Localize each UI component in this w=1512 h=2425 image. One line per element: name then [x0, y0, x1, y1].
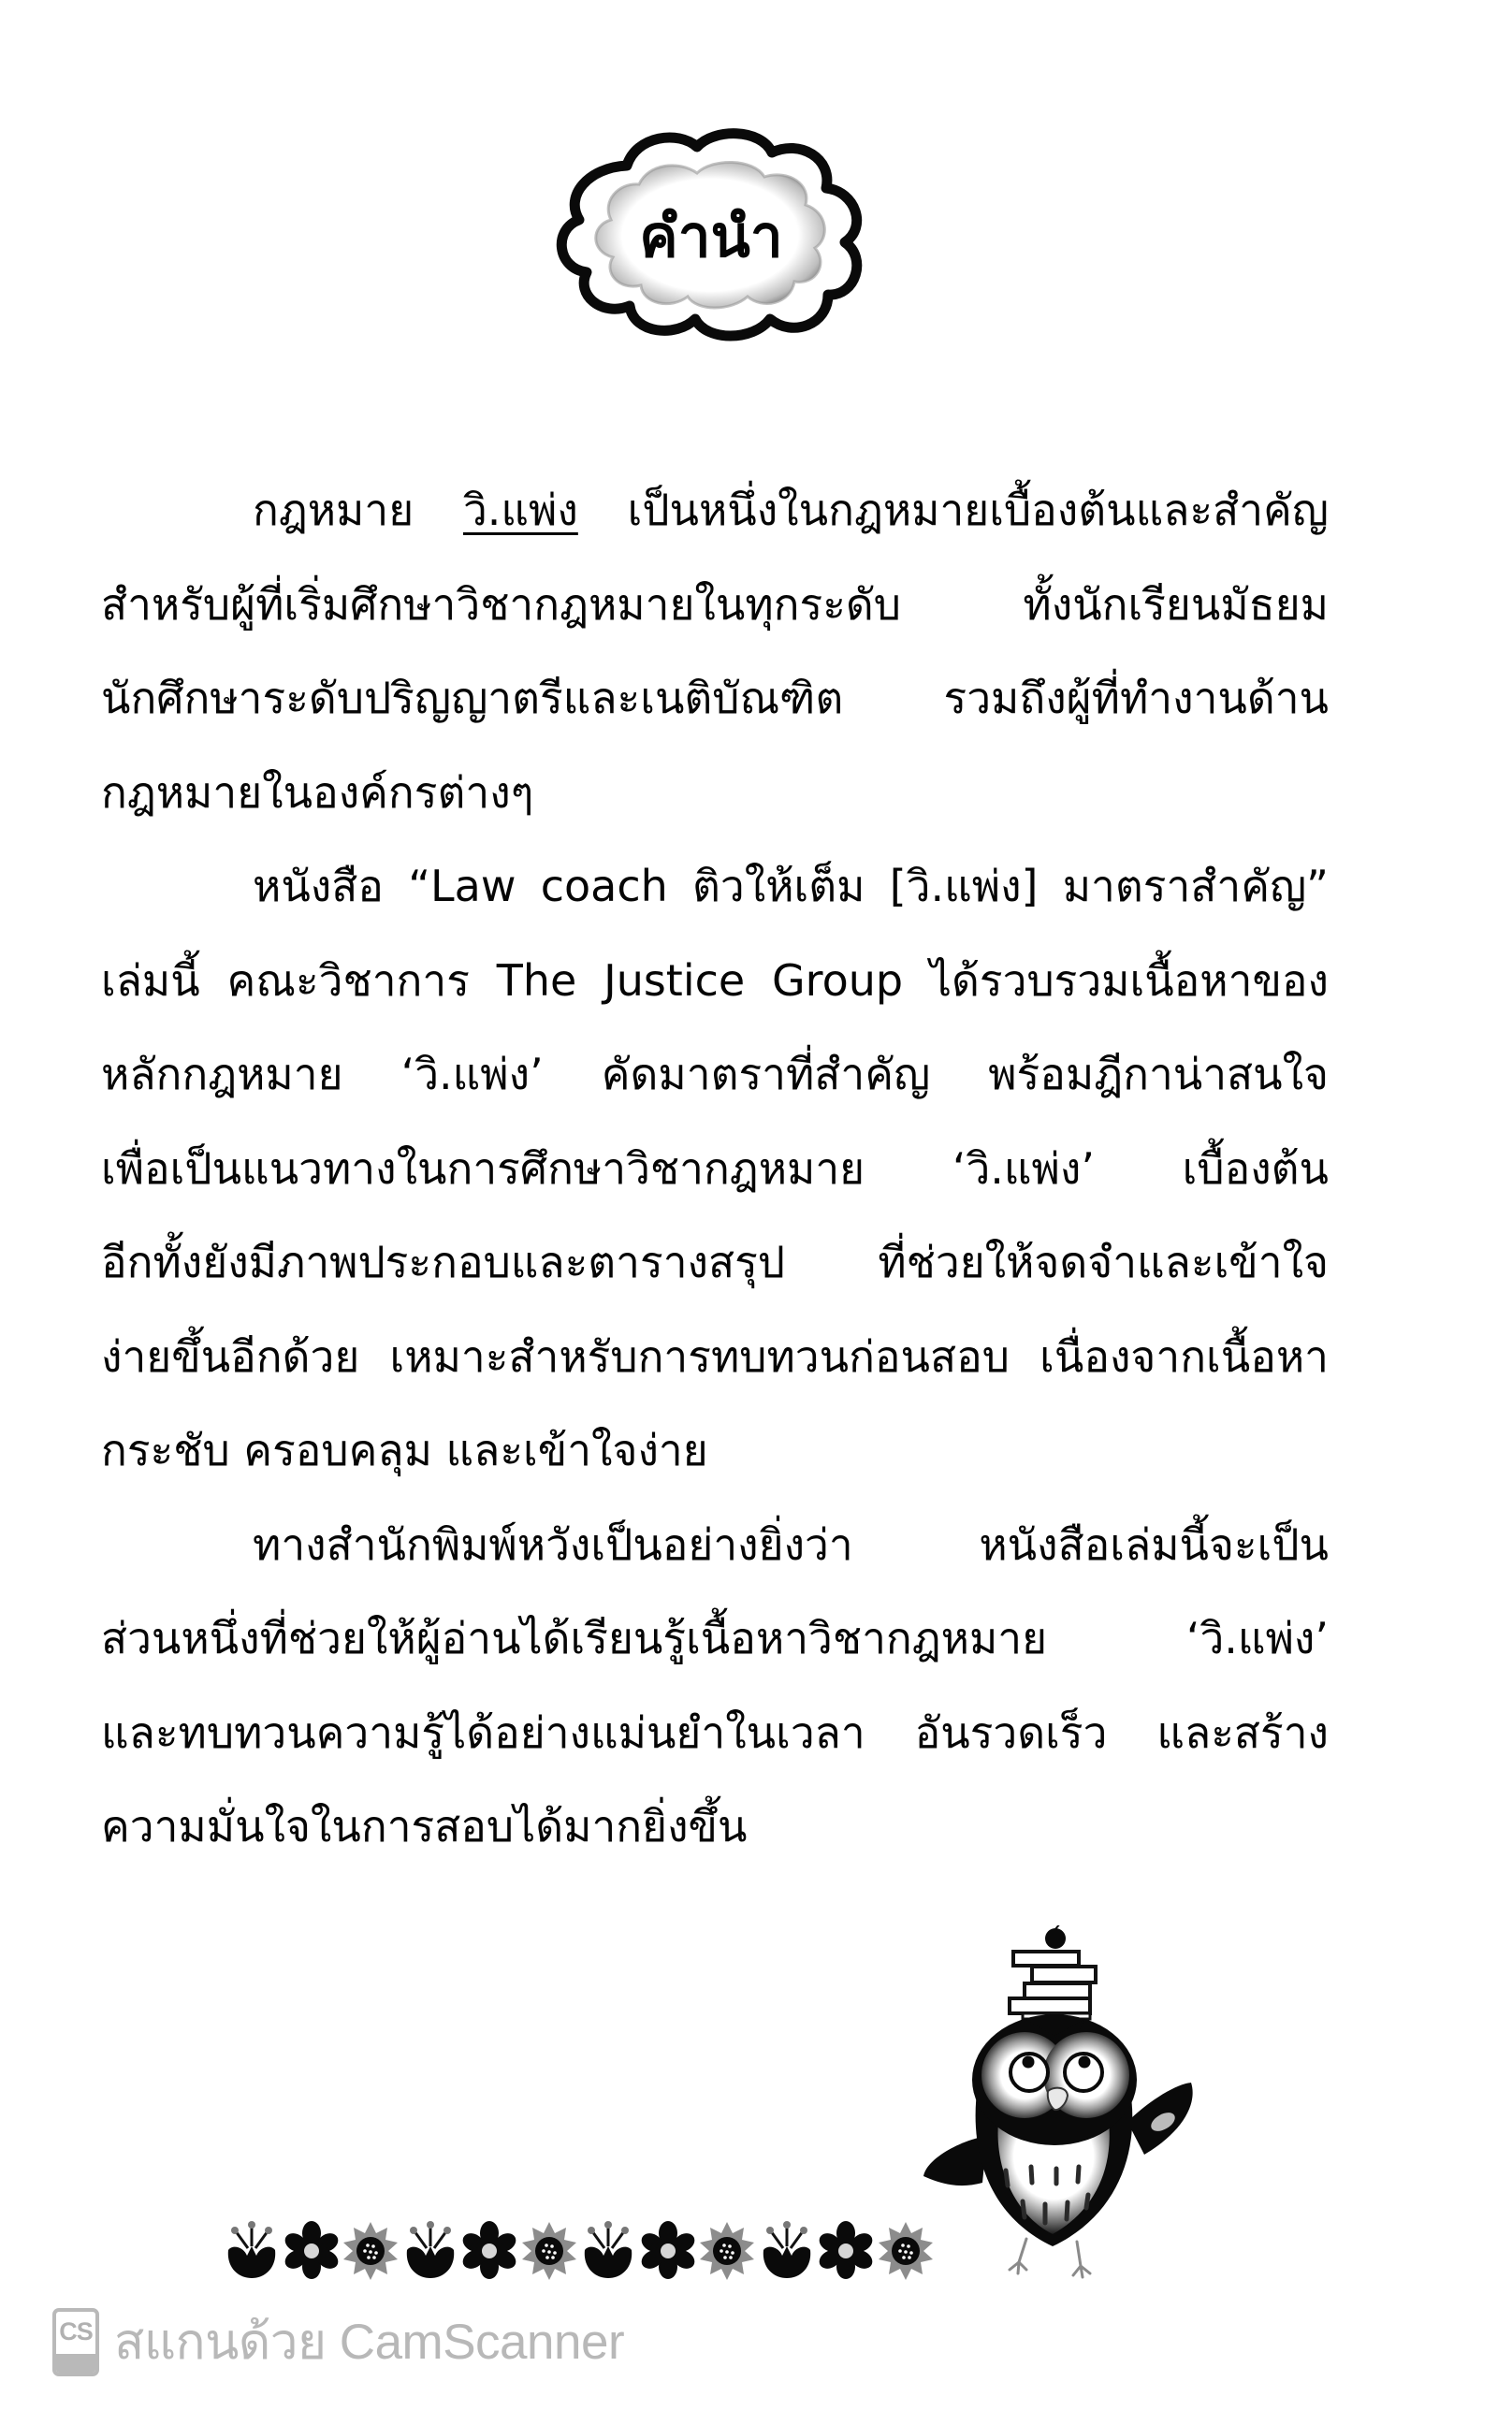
paragraph-2-line-5: อีกทั้งยังมีภาพประกอบและตารางสรุป ที่ช่ว…: [101, 1215, 1329, 1310]
watermark-text: สแกนด้วย CamScanner: [114, 2302, 624, 2381]
preface-body: กฎหมาย วิ.แพ่ง เป็นหนึ่งในกฎหมายเบื้องต้…: [101, 463, 1329, 1874]
document-page: คำนำ กฎหมาย วิ.แพ่ง เป็นหนึ่งในกฎหมายเบื…: [0, 0, 1512, 2425]
paragraph-2-line-6: ง่ายขึ้นอีกด้วย เหมาะสำหรับการทบทวนก่อนส…: [101, 1310, 1329, 1404]
text-segment: เป็นหนึ่งในกฎหมายเบื้องต้นและสำคัญ: [578, 485, 1329, 535]
flower-border: [223, 2213, 943, 2287]
paragraph-3-line-1: ทางสำนักพิมพ์หวังเป็นอย่างยิ่งว่า หนังสื…: [101, 1498, 1329, 1592]
owl-with-books-icon: [912, 1925, 1193, 2290]
paragraph-2-line-4: เพื่อเป็นแนวทางในการศึกษาวิชากฎหมาย ‘วิ.…: [101, 1122, 1329, 1216]
paragraph-1-line-3: นักศึกษาระดับปริญญาตรีและเนติบัณฑิต รวมถ…: [101, 651, 1329, 746]
sunflower-icon: [342, 2218, 400, 2282]
sunflower-icon: [520, 2218, 578, 2282]
paragraph-2-line-2: เล่มนี้ คณะวิชาการ The Justice Group ได้…: [101, 934, 1329, 1028]
page-title: คำนำ: [547, 126, 875, 341]
tulip-icon: [579, 2218, 637, 2282]
tulip-icon: [401, 2218, 459, 2282]
tulip-icon: [758, 2218, 816, 2282]
daisy-icon: [639, 2218, 697, 2282]
camscanner-watermark: CS สแกนด้วย CamScanner: [52, 2304, 624, 2379]
daisy-icon: [817, 2218, 875, 2282]
paragraph-3-line-2: ส่วนหนึ่งที่ช่วยให้ผู้อ่านได้เรียนรู้เนื…: [101, 1591, 1329, 1686]
paragraph-2-line-3: หลักกฎหมาย ‘วิ.แพ่ง’ คัดมาตราที่สำคัญ พร…: [101, 1027, 1329, 1122]
paragraph-1-line-1: กฎหมาย วิ.แพ่ง เป็นหนึ่งในกฎหมายเบื้องต้…: [101, 463, 1329, 558]
daisy-icon: [283, 2218, 341, 2282]
paragraph-2-line-7: กระชับ ครอบคลุม และเข้าใจง่าย: [101, 1403, 1329, 1498]
daisy-icon: [460, 2218, 518, 2282]
paragraph-1-line-2: สำหรับผู้ที่เริ่มศึกษาวิชากฎหมายในทุกระด…: [101, 558, 1329, 652]
camscanner-logo-icon: CS: [52, 2308, 99, 2376]
paragraph-3-line-3: และทบทวนความรู้ได้อย่างแม่นยำในเวลา อันร…: [101, 1686, 1329, 1780]
camscanner-logo-text: CS: [56, 2317, 95, 2346]
paragraph-1-line-4: กฎหมายในองค์กรต่างๆ: [101, 746, 1329, 840]
camscanner-logo-band: [56, 2354, 95, 2373]
paragraph-3-line-4: ความมั่นใจในการสอบได้มากยิ่งขึ้น: [101, 1779, 1329, 1874]
underlined-term: วิ.แพ่ง: [463, 485, 578, 535]
sunflower-icon: [698, 2218, 756, 2282]
sunflower-icon: [877, 2218, 935, 2282]
title-cloud-frame: คำนำ: [547, 126, 875, 341]
text-segment: กฎหมาย: [253, 485, 463, 535]
paragraph-2-line-1: หนังสือ “Law coach ติวให้เต็ม [วิ.แพ่ง] …: [101, 839, 1329, 934]
tulip-icon: [223, 2218, 281, 2282]
